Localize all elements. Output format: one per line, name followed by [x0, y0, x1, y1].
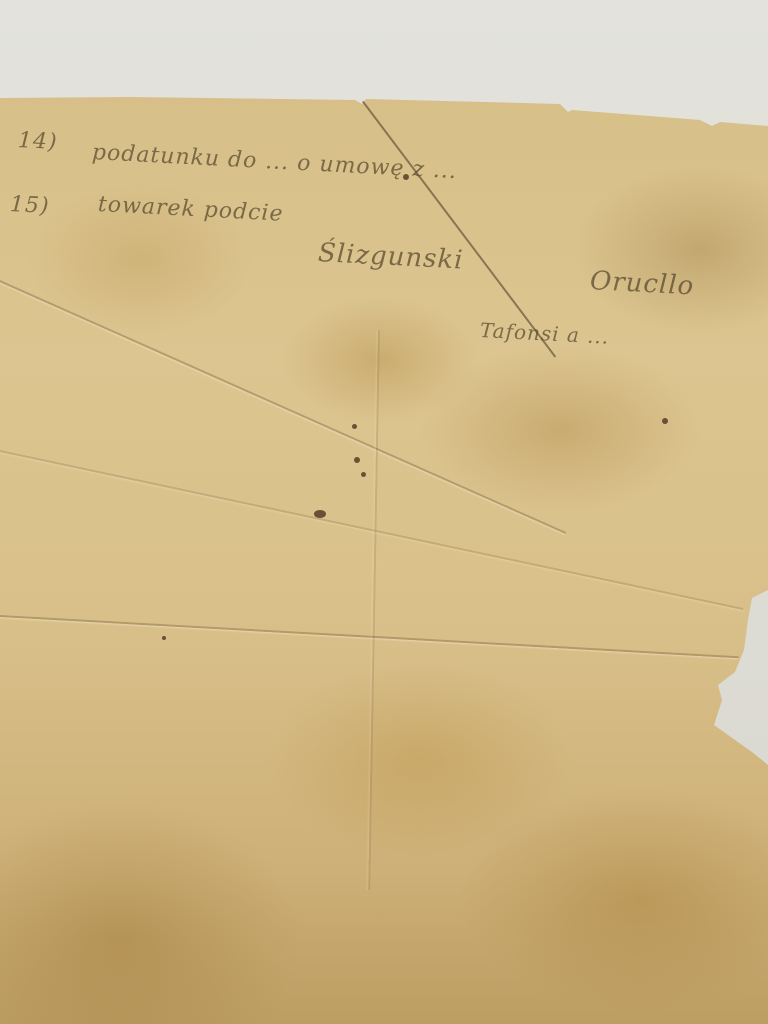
ink-spot: [314, 510, 326, 518]
line-marker-15: 15): [9, 192, 50, 219]
ink-spot: [162, 636, 166, 640]
line-marker-14: 14): [17, 128, 58, 155]
ink-spot: [352, 424, 357, 429]
ink-spot: [354, 457, 360, 463]
ink-spot: [361, 472, 366, 477]
ink-spot: [662, 418, 668, 424]
signature-2: Orucllo: [589, 266, 695, 301]
